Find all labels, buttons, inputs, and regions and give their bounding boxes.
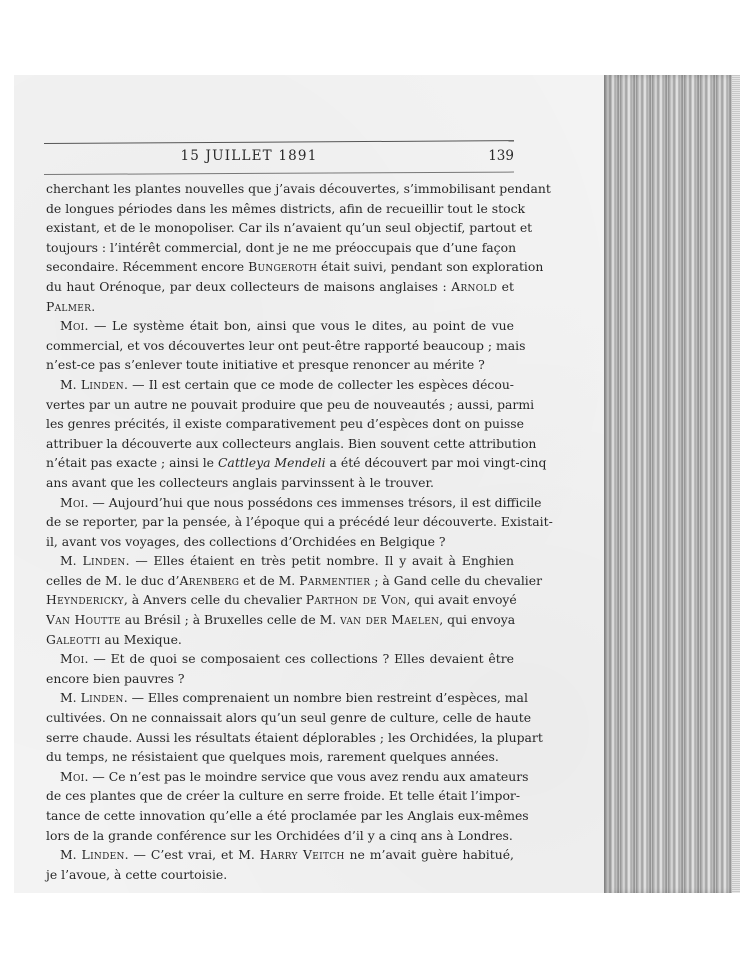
text-run: . — C’est vrai, et M. (125, 847, 260, 862)
text-line: secondaire. Récemment encore Bungeroth é… (46, 257, 514, 277)
text-line: Heyndericky, à Anvers celle du chevalier… (46, 590, 514, 610)
text-line: du temps, ne résistaient que quelques mo… (46, 747, 514, 767)
text-line: Moi. — Le système était bon, ainsi que v… (46, 316, 514, 336)
text-run: existant, et de le monopoliser. Car ils … (46, 220, 532, 235)
text-run: M. (60, 847, 82, 862)
text-run: , qui avait envoyé (406, 592, 516, 607)
speaker-or-name: Moi (60, 769, 85, 784)
italic-term: Cattleya Mendeli (218, 455, 326, 470)
text-run: de longues périodes dans les mêmes distr… (46, 201, 525, 216)
text-line: tance de cette innovation qu’elle a été … (46, 806, 514, 826)
header-rule-bottom (44, 172, 514, 175)
page-number: 139 (488, 148, 514, 164)
speaker-or-name: Bungeroth (248, 259, 317, 274)
text-line: celles de M. le duc d’Arenberg et de M. … (46, 571, 514, 591)
text-run: encore bien pauvres ? (46, 671, 185, 686)
text-line: serre chaude. Aussi les résultats étaien… (46, 728, 514, 748)
text-run: tance de cette innovation qu’elle a été … (46, 808, 529, 823)
text-run: les genres précités, il existe comparati… (46, 416, 524, 431)
text-run: ans avant que les collecteurs anglais pa… (46, 475, 434, 490)
text-line: toujours : l’intérêt commercial, dont je… (46, 238, 514, 258)
text-run: de se reporter, par la pensée, à l’époqu… (46, 514, 553, 529)
text-line: de se reporter, par la pensée, à l’époqu… (46, 512, 514, 532)
text-line: Van Houtte au Brésil ; à Bruxelles celle… (46, 610, 514, 630)
text-line: n’est-ce pas s’enlever toute initiative … (46, 355, 514, 375)
text-run: était suivi, pendant son exploration (317, 259, 543, 274)
running-header: 15 JUILLET 1891 139 (44, 143, 514, 179)
text-run: commercial, et vos découvertes leur ont … (46, 338, 525, 353)
text-line: Moi. — Ce n’est pas le moindre service q… (46, 767, 514, 787)
text-line: attribuer la découverte aux collecteurs … (46, 434, 514, 454)
text-run: a été découvert par moi vingt-cinq (326, 455, 547, 470)
text-run: du temps, ne résistaient que quelques mo… (46, 749, 499, 764)
text-line: ans avant que les collecteurs anglais pa… (46, 473, 514, 493)
book-page-edges (604, 75, 740, 893)
speaker-or-name: Van Houtte (46, 612, 121, 627)
text-run: au Mexique. (100, 632, 181, 647)
text-line: Palmer. (46, 297, 514, 317)
text-run: . — Ce n’est pas le moindre service que … (85, 769, 529, 784)
speaker-or-name: Heyndericky (46, 592, 124, 607)
text-run: n’était pas exacte ; ainsi le (46, 455, 218, 470)
text-run: , qui envoya (439, 612, 515, 627)
text-run: n’est-ce pas s’enlever toute initiative … (46, 357, 485, 372)
text-run: il, avant vos voyages, des collections d… (46, 534, 446, 549)
speaker-or-name: Linden (81, 690, 124, 705)
text-line: Galeotti au Mexique. (46, 630, 514, 650)
text-run: au Brésil ; à Bruxelles celle de M. (121, 612, 340, 627)
speaker-or-name: Linden (81, 377, 124, 392)
text-line: Moi. — Et de quoi se composaient ces col… (46, 649, 514, 669)
text-run: . — Il est certain que ce mode de collec… (124, 377, 514, 392)
speaker-or-name: Arenberg (180, 573, 240, 588)
text-line: les genres précités, il existe comparati… (46, 414, 514, 434)
text-run: lors de la grande conférence sur les Orc… (46, 828, 513, 843)
speaker-or-name: Galeotti (46, 632, 100, 647)
speaker-or-name: Palmer (46, 299, 91, 314)
text-run: . — Elles étaient en très petit nombre. … (126, 553, 514, 568)
text-run: attribuer la découverte aux collecteurs … (46, 436, 536, 451)
text-run: . (91, 299, 95, 314)
speaker-or-name: Moi (60, 495, 85, 510)
text-run: de ces plantes que de créer la culture e… (46, 788, 520, 803)
text-line: commercial, et vos découvertes leur ont … (46, 336, 514, 356)
text-run: ; à Gand celle du chevalier (370, 573, 542, 588)
text-run: cultivées. On ne connaissait alors qu’un… (46, 710, 531, 725)
text-run: cherchant les plantes nouvelles que j’av… (46, 181, 551, 196)
text-line: Moi. — Aujourd’hui que nous possédons ce… (46, 493, 514, 513)
text-line: vertes par un autre ne pouvait produire … (46, 395, 514, 415)
text-line: lors de la grande conférence sur les Orc… (46, 826, 514, 846)
text-run: . — Aujourd’hui que nous possédons ces i… (85, 495, 542, 510)
speaker-or-name: Arnold (451, 279, 497, 294)
speaker-or-name: van der Maelen (340, 612, 439, 627)
speaker-or-name: Linden (82, 553, 125, 568)
text-line: M. Linden. — C’est vrai, et M. Harry Vei… (46, 845, 514, 865)
text-line: M. Linden. — Elles étaient en très petit… (46, 551, 514, 571)
speaker-or-name: Parmentier (299, 573, 370, 588)
text-run: secondaire. Récemment encore (46, 259, 248, 274)
text-run: toujours : l’intérêt commercial, dont je… (46, 240, 516, 255)
text-run: celles de M. le duc d’ (46, 573, 180, 588)
text-line: je l’avoue, à cette courtoisie. (46, 865, 514, 885)
speaker-or-name: Harry Veitch (260, 847, 345, 862)
text-line: cultivées. On ne connaissait alors qu’un… (46, 708, 514, 728)
text-line: il, avant vos voyages, des collections d… (46, 532, 514, 552)
text-run: et de M. (239, 573, 299, 588)
text-run: M. (60, 377, 81, 392)
speaker-or-name: Moi (60, 651, 85, 666)
text-line: existant, et de le monopoliser. Car ils … (46, 218, 514, 238)
text-line: de longues périodes dans les mêmes distr… (46, 199, 514, 219)
body-text: cherchant les plantes nouvelles que j’av… (46, 179, 514, 884)
text-run: ne m’avait guère habitué, (345, 847, 514, 862)
speaker-or-name: Linden (82, 847, 125, 862)
text-run: vertes par un autre ne pouvait produire … (46, 397, 534, 412)
text-run: . — Elles comprenaient un nombre bien re… (124, 690, 528, 705)
text-line: cherchant les plantes nouvelles que j’av… (46, 179, 514, 199)
text-line: M. Linden. — Elles comprenaient un nombr… (46, 688, 514, 708)
text-run: M. (60, 690, 81, 705)
header-date: 15 JUILLET 1891 (44, 148, 514, 164)
text-run: M. (60, 553, 82, 568)
text-run: du haut Orénoque, par deux collecteurs d… (46, 279, 451, 294)
text-line: du haut Orénoque, par deux collecteurs d… (46, 277, 514, 297)
text-run: . — Et de quoi se composaient ces collec… (85, 651, 514, 666)
text-run: . — Le système était bon, ainsi que vous… (85, 318, 514, 333)
text-line: encore bien pauvres ? (46, 669, 514, 689)
text-run: , à Anvers celle du chevalier (124, 592, 306, 607)
speaker-or-name: Parthon de Von (306, 592, 407, 607)
text-line: n’était pas exacte ; ainsi le Cattleya M… (46, 453, 514, 473)
text-line: M. Linden. — Il est certain que ce mode … (46, 375, 514, 395)
text-run: je l’avoue, à cette courtoisie. (46, 867, 227, 882)
text-run: serre chaude. Aussi les résultats étaien… (46, 730, 543, 745)
speaker-or-name: Moi (60, 318, 85, 333)
text-line: de ces plantes que de créer la culture e… (46, 786, 514, 806)
text-run: et (497, 279, 514, 294)
